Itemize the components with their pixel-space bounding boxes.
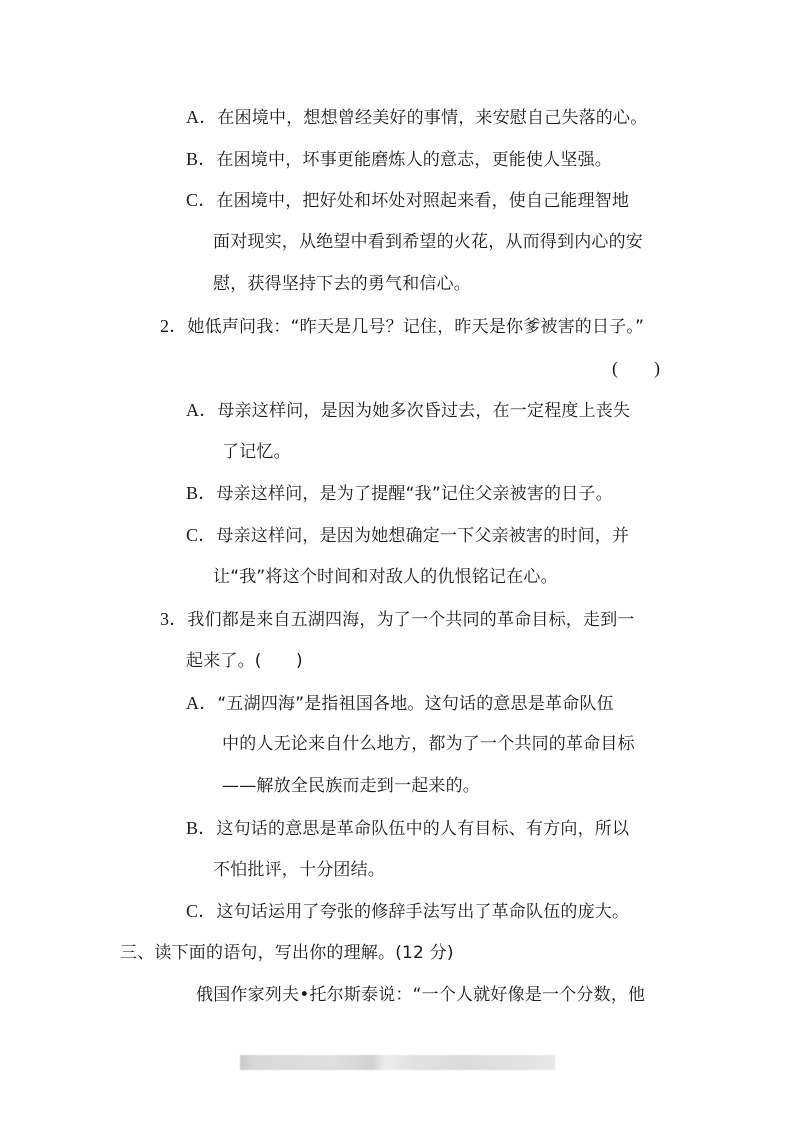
question-number: 2． bbox=[160, 316, 187, 336]
footer-watermark-bar bbox=[240, 1055, 555, 1070]
option-label: B． bbox=[186, 149, 216, 169]
q2-option-b: B．母亲这样问，是为了提醒“我”记住父亲被害的日子。 bbox=[186, 482, 613, 505]
q1-option-b: B．在困境中，坏事更能磨炼人的意志，更能使人坚强。 bbox=[186, 148, 612, 171]
section-3-passage: 俄国作家列夫•托尔斯泰说：“一个人就好像是一个分数，他 bbox=[196, 984, 645, 1006]
q2-stem: 2．她低声问我：“昨天是几号？记住，昨天是你爹被害的日子。” bbox=[160, 315, 644, 338]
q2-option-a: A．母亲这样问，是因为她多次昏过去，在一定程度上丧失 bbox=[186, 399, 630, 422]
option-label: C． bbox=[186, 190, 216, 210]
option-text: 在困境中，坏事更能磨炼人的意志，更能使人坚强。 bbox=[216, 150, 612, 170]
option-label: A． bbox=[186, 400, 217, 420]
option-text: 母亲这样问，是因为她多次昏过去，在一定程度上丧失 bbox=[217, 401, 630, 421]
q3-option-c: C．这句话运用了夸张的修辞手法写出了革命队伍的庞大。 bbox=[186, 900, 629, 923]
q3-stem-cont[interactable]: 起来了。( ) bbox=[186, 650, 303, 672]
q3-option-b-cont: 不怕批评，十分团结。 bbox=[213, 859, 385, 881]
option-text: 在困境中，想想曾经美好的事情，来安慰自己失落的心。 bbox=[217, 108, 647, 128]
q2-option-c-cont: 让“我”将这个时间和对敌人的仇恨铭记在心。 bbox=[213, 566, 558, 588]
q2-answer-blank[interactable]: ( ) bbox=[612, 357, 660, 379]
q2-option-a-cont: 了记忆。 bbox=[222, 441, 291, 463]
q1-option-c: C．在困境中，把好处和坏处对照起来看，使自己能理智地 bbox=[186, 189, 629, 212]
option-text: 在困境中，把好处和坏处对照起来看，使自己能理智地 bbox=[216, 191, 629, 211]
option-label: C． bbox=[186, 525, 216, 545]
option-label: A． bbox=[186, 107, 217, 127]
option-text: 母亲这样问，是因为她想确定一下父亲被害的时间，并 bbox=[216, 526, 629, 546]
q2-option-c: C．母亲这样问，是因为她想确定一下父亲被害的时间，并 bbox=[186, 524, 629, 547]
q3-option-a: A．“五湖四海”是指祖国各地。这句话的意思是革命队伍 bbox=[186, 692, 614, 715]
option-label: C． bbox=[186, 901, 216, 921]
option-label: B． bbox=[186, 818, 216, 838]
section-3-heading: 三、读下面的语句，写出你的理解。(12 分) bbox=[120, 942, 454, 964]
option-text: 母亲这样问，是为了提醒“我”记住父亲被害的日子。 bbox=[216, 484, 612, 504]
option-label: A． bbox=[186, 693, 217, 713]
q3-option-b: B．这句话的意思是革命队伍中的人有目标、有方向，所以 bbox=[186, 817, 629, 840]
option-label: B． bbox=[186, 483, 216, 503]
question-text: 我们都是来自五湖四海，为了一个共同的革命目标，走到一 bbox=[187, 610, 634, 630]
question-number: 3． bbox=[160, 609, 187, 629]
q3-stem: 3．我们都是来自五湖四海，为了一个共同的革命目标，走到一 bbox=[160, 608, 635, 631]
option-text: 这句话的意思是革命队伍中的人有目标、有方向，所以 bbox=[216, 819, 629, 839]
q1-option-c-cont-2: 慰，获得坚持下去的勇气和信心。 bbox=[213, 273, 471, 295]
q1-option-a: A．在困境中，想想曾经美好的事情，来安慰自己失落的心。 bbox=[186, 106, 647, 129]
q1-option-c-cont-1: 面对现实，从绝望中看到希望的火花，从而得到内心的安 bbox=[213, 231, 643, 253]
q3-option-a-cont-2: ——解放全民族而走到一起来的。 bbox=[222, 775, 480, 797]
q3-option-a-cont-1: 中的人无论来自什么地方，都为了一个共同的革命目标 bbox=[222, 733, 635, 755]
option-text: “五湖四海”是指祖国各地。这句话的意思是革命队伍 bbox=[217, 694, 613, 714]
question-text: 她低声问我：“昨天是几号？记住，昨天是你爹被害的日子。” bbox=[187, 317, 644, 337]
option-text: 这句话运用了夸张的修辞手法写出了革命队伍的庞大。 bbox=[216, 902, 629, 922]
